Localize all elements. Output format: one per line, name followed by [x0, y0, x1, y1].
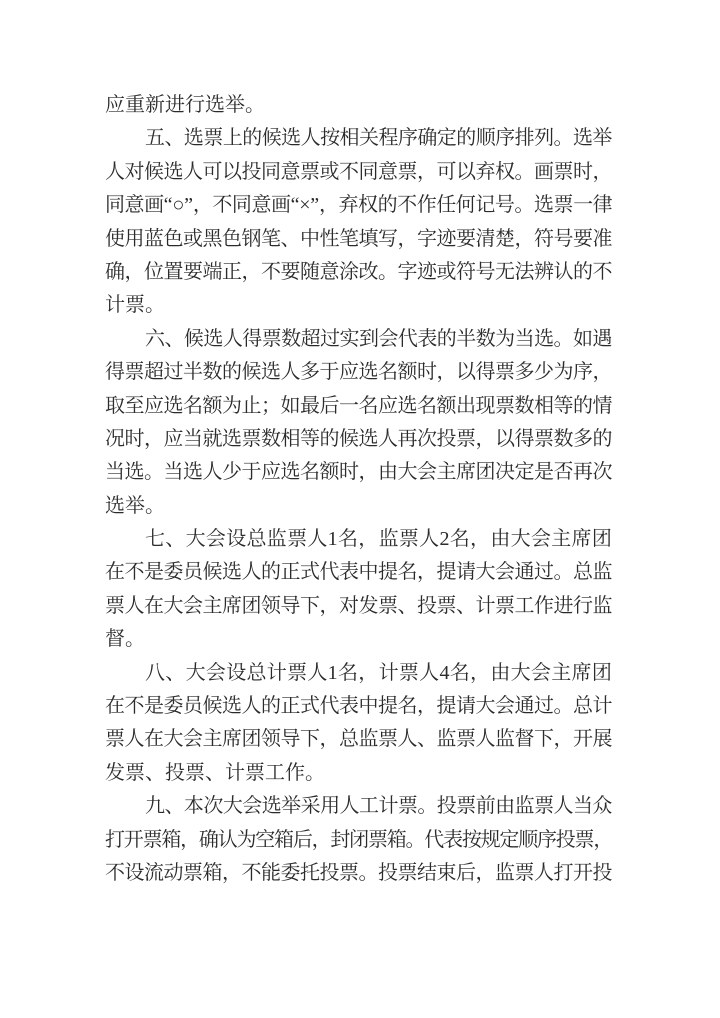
char: 要 — [456, 223, 476, 256]
char: 展 — [593, 723, 613, 756]
char: 随 — [300, 256, 320, 289]
char: 认 — [554, 256, 574, 289]
char: 名 — [417, 390, 437, 423]
char: 应 — [378, 390, 398, 423]
char: 候 — [203, 556, 223, 589]
text-line: 七、大会设总监票人1名，监票人2名，由大会主席团 — [105, 523, 612, 556]
char: 会 — [242, 790, 261, 823]
char: 人 — [378, 423, 398, 456]
char: 总 — [246, 657, 266, 690]
char: 得 — [242, 323, 261, 356]
char: 再 — [398, 423, 418, 456]
char: 选 — [534, 323, 553, 356]
char: 计 — [593, 690, 613, 723]
char: 使 — [105, 223, 125, 256]
char: 符 — [534, 223, 554, 256]
char: 投 — [437, 423, 457, 456]
char: 在 — [144, 590, 164, 623]
char: 表 — [443, 824, 462, 857]
char: 会 — [417, 456, 437, 489]
char: 为 — [495, 323, 514, 356]
char: 或 — [320, 156, 340, 189]
char: 序 — [537, 824, 556, 857]
char: 人 — [183, 156, 203, 189]
char: 名 — [450, 657, 470, 690]
char: 何 — [456, 189, 476, 222]
char: 以 — [456, 156, 476, 189]
char: 不 — [125, 556, 145, 589]
char: 认 — [218, 824, 237, 857]
char: 下 — [300, 590, 320, 623]
char: 由 — [495, 790, 514, 823]
char: 由 — [378, 456, 398, 489]
char: 选 — [222, 556, 242, 589]
char: 九 — [145, 790, 164, 823]
char: 代 — [424, 824, 443, 857]
char: 票 — [262, 323, 281, 356]
char: 为 — [222, 390, 242, 423]
char: 大 — [164, 590, 184, 623]
char: 提 — [378, 690, 398, 723]
char: ， — [470, 523, 490, 556]
char: 人 — [125, 590, 145, 623]
char: 总 — [573, 556, 593, 589]
char: 不 — [593, 256, 613, 289]
char: 票 — [534, 423, 554, 456]
char: 1 — [328, 657, 338, 690]
char: 字 — [417, 223, 437, 256]
char: 次 — [203, 790, 222, 823]
char: 监 — [495, 857, 515, 890]
char: 画 — [534, 156, 554, 189]
char: 取 — [105, 390, 125, 423]
char: 由 — [490, 657, 510, 690]
char: 票 — [287, 657, 307, 690]
char: 、 — [456, 590, 476, 623]
char: 票 — [554, 156, 574, 189]
char: 不 — [105, 857, 125, 890]
char: 票 — [515, 857, 535, 890]
char: 额 — [437, 390, 457, 423]
char: 式 — [300, 690, 320, 723]
char: 况 — [105, 423, 125, 456]
char: 人 — [476, 723, 496, 756]
char: 票 — [368, 824, 387, 857]
char: 半 — [456, 323, 475, 356]
char: 票 — [125, 356, 145, 389]
char: 、 — [145, 757, 165, 790]
char: 。 — [554, 690, 574, 723]
char: 发 — [359, 590, 379, 623]
char: 应 — [105, 89, 125, 122]
char: 大 — [186, 523, 206, 556]
char: 监 — [495, 723, 515, 756]
char: 候 — [339, 423, 359, 456]
char: 人 — [301, 122, 320, 155]
char: 选 — [222, 690, 242, 723]
char: 人 — [307, 523, 327, 556]
char: 对 — [125, 156, 145, 189]
char: 至 — [125, 390, 145, 423]
char: 票 — [287, 523, 307, 556]
char: 选 — [534, 189, 554, 222]
char: 封 — [330, 824, 349, 857]
char: 大 — [223, 790, 242, 823]
char: 迹 — [417, 256, 437, 289]
char: 监 — [515, 790, 534, 823]
char: 选 — [164, 156, 184, 189]
text-line: 应重新进行选举。 — [105, 89, 612, 122]
char: 。 — [125, 623, 145, 656]
char: 票 — [300, 156, 320, 189]
char: 人 — [281, 356, 301, 389]
char: ， — [593, 156, 613, 189]
char: 选 — [398, 390, 418, 423]
char: 。 — [359, 857, 379, 890]
char: 要 — [281, 256, 301, 289]
char: 的 — [222, 356, 242, 389]
char: 得 — [105, 356, 125, 389]
char: 箱 — [274, 824, 293, 857]
char: 。 — [554, 122, 573, 155]
char: 一 — [339, 390, 359, 423]
char: 不 — [339, 156, 359, 189]
char: ， — [242, 256, 262, 289]
char: 会 — [183, 590, 203, 623]
char: 名 — [183, 390, 203, 423]
char: ” — [184, 189, 193, 222]
char: 写 — [378, 223, 398, 256]
char: 票 — [495, 590, 515, 623]
char: 人 — [105, 156, 125, 189]
char: ， — [222, 857, 242, 890]
char: 的 — [378, 189, 398, 222]
char: 楚 — [495, 223, 515, 256]
char: 实 — [340, 323, 359, 356]
char: 再 — [573, 456, 593, 489]
char: 举 — [281, 790, 300, 823]
char: 在 — [105, 690, 125, 723]
char: 符 — [456, 256, 476, 289]
char: 选 — [262, 790, 281, 823]
char: 选 — [164, 390, 184, 423]
char: 七 — [145, 523, 165, 556]
char: 领 — [261, 723, 281, 756]
char: 意 — [125, 189, 145, 222]
char: 投 — [593, 857, 613, 890]
char: 是 — [144, 556, 164, 589]
char: 督 — [515, 723, 535, 756]
text-line: 发票、投票、计票工作。 — [105, 757, 612, 790]
char: 当 — [183, 423, 203, 456]
char: 举 — [225, 89, 245, 122]
char: 。 — [145, 289, 165, 322]
char: 代 — [320, 556, 340, 589]
char: 空 — [255, 824, 274, 857]
document-page: 应重新进行选举。五、选票上的候选人按相关程序确定的顺序排列。选举人对候选人可以投… — [0, 0, 720, 1018]
char: 到 — [359, 323, 378, 356]
char: ， — [319, 189, 339, 222]
char: 投 — [556, 824, 575, 857]
char: 少 — [534, 356, 554, 389]
char: 委 — [281, 857, 301, 890]
char: 表 — [417, 323, 436, 356]
char: 大 — [476, 556, 496, 589]
char: 按 — [462, 824, 481, 857]
char: 情 — [593, 390, 613, 423]
char: 额 — [320, 456, 340, 489]
char: 的 — [593, 423, 613, 456]
char: ， — [180, 824, 199, 857]
char: 领 — [261, 590, 281, 623]
char: 时 — [339, 456, 359, 489]
char: 票 — [378, 723, 398, 756]
char: 。 — [144, 456, 164, 489]
text-line: 况时，应当就选票数相等的候选人再次投票，以得票数多的 — [105, 423, 612, 456]
char: 迹 — [437, 223, 457, 256]
char: 次 — [417, 423, 437, 456]
char: 蓝 — [144, 223, 164, 256]
char: 计 — [378, 790, 397, 823]
char: 团 — [242, 590, 262, 623]
char: 钢 — [242, 223, 262, 256]
char: 、 — [398, 590, 418, 623]
char: 端 — [203, 256, 223, 289]
char: 。 — [378, 256, 398, 289]
char: 提 — [437, 556, 457, 589]
char: 票 — [203, 122, 222, 155]
char: 少 — [222, 456, 242, 489]
char: 进 — [165, 89, 185, 122]
char: 时 — [573, 156, 593, 189]
char: 同 — [261, 156, 281, 189]
char: 主 — [203, 590, 223, 623]
char: 记 — [475, 189, 495, 222]
char: 中 — [359, 556, 379, 589]
char: 新 — [145, 89, 165, 122]
char: 委 — [164, 690, 184, 723]
char: 闭 — [349, 824, 368, 857]
char: 席 — [456, 456, 476, 489]
char: 法 — [515, 256, 535, 289]
char: 席 — [572, 523, 592, 556]
char: 正 — [281, 690, 301, 723]
char: ， — [417, 556, 437, 589]
char: 选 — [261, 356, 281, 389]
char: 、 — [164, 122, 183, 155]
char: 定 — [437, 122, 456, 155]
char: 票 — [456, 790, 475, 823]
char: 票 — [143, 824, 162, 857]
char: 如 — [573, 323, 592, 356]
text-line: 计票。 — [105, 289, 612, 322]
char: 人 — [125, 723, 145, 756]
char: 号 — [554, 223, 574, 256]
char: 过 — [164, 356, 184, 389]
char: 多 — [515, 356, 535, 389]
char: 色 — [222, 223, 242, 256]
char: 选 — [205, 89, 225, 122]
char: 。 — [145, 490, 165, 523]
char: 人 — [242, 556, 262, 589]
text-line: 督。 — [105, 623, 612, 656]
char: 六 — [145, 323, 164, 356]
char: 、 — [205, 757, 225, 790]
char: 的 — [573, 390, 593, 423]
char: 票 — [399, 523, 419, 556]
char: 计 — [105, 289, 125, 322]
char: 名 — [359, 390, 379, 423]
char: 弃 — [339, 189, 359, 222]
text-line: 选举。 — [105, 490, 612, 523]
char: 投 — [165, 757, 185, 790]
char: 半 — [183, 356, 203, 389]
char: 名 — [398, 690, 418, 723]
char: 超 — [301, 323, 320, 356]
char: 工 — [515, 590, 535, 623]
char: 额 — [203, 390, 223, 423]
char: 总 — [339, 723, 359, 756]
char: 、 — [164, 323, 183, 356]
char: 选 — [183, 456, 203, 489]
char: 大 — [476, 690, 496, 723]
char: 大 — [164, 723, 184, 756]
char: 同 — [105, 189, 125, 222]
char: 上 — [223, 122, 242, 155]
char: 字 — [398, 256, 418, 289]
char: 等 — [300, 423, 320, 456]
char: 当 — [573, 790, 592, 823]
char: 票 — [398, 156, 418, 189]
char: 出 — [456, 390, 476, 423]
char: 位 — [144, 256, 164, 289]
char: 大 — [398, 456, 418, 489]
char: 设 — [125, 857, 145, 890]
text-line: 不设流动票箱，不能委托投票。投票结束后，监票人打开投 — [105, 857, 612, 890]
char: 下 — [300, 723, 320, 756]
char: 能 — [261, 857, 281, 890]
char: 行 — [185, 89, 205, 122]
char: ， — [593, 356, 613, 389]
char: 1 — [328, 523, 338, 556]
char: 于 — [320, 356, 340, 389]
char: 超 — [144, 356, 164, 389]
char: 通 — [515, 556, 535, 589]
char: × — [299, 189, 310, 222]
char: 票 — [456, 423, 476, 456]
char: ， — [144, 423, 164, 456]
char: 顺 — [518, 824, 537, 857]
char: 在 — [105, 556, 125, 589]
text-line: 同意画“○”，不同意画“×”，弃权的不作任何记号。选票一律 — [105, 189, 612, 222]
char: 列 — [534, 122, 553, 155]
char: 会 — [378, 323, 397, 356]
char: 前 — [476, 790, 495, 823]
char: 后 — [293, 824, 312, 857]
char: 监 — [379, 523, 399, 556]
char: 为 — [554, 356, 574, 389]
char: 。 — [554, 323, 573, 356]
char: 举 — [125, 490, 145, 523]
char: ， — [358, 523, 378, 556]
char: 选 — [125, 456, 145, 489]
char: 当 — [164, 456, 184, 489]
char: 不 — [397, 189, 417, 222]
char: 人 — [242, 690, 262, 723]
char: 箱 — [161, 824, 180, 857]
char: 选 — [281, 456, 301, 489]
char: 开 — [573, 723, 593, 756]
char: 当 — [105, 456, 125, 489]
char: 箱 — [387, 824, 406, 857]
char: 主 — [437, 456, 457, 489]
char: 人 — [223, 323, 242, 356]
char: 一 — [573, 189, 593, 222]
char: 画 — [144, 189, 164, 222]
char: 为 — [236, 824, 255, 857]
char: 的 — [261, 556, 281, 589]
char: 填 — [359, 223, 379, 256]
char: 作 — [285, 757, 305, 790]
char: 同 — [232, 189, 252, 222]
char: 监 — [593, 590, 613, 623]
char: 箱 — [203, 857, 223, 890]
char: 在 — [144, 723, 164, 756]
char: 中 — [300, 223, 320, 256]
char: 名 — [300, 456, 320, 489]
char: ， — [312, 824, 331, 857]
char: 的 — [320, 423, 340, 456]
char: 要 — [183, 256, 203, 289]
char: 投 — [242, 156, 262, 189]
char: 员 — [183, 556, 203, 589]
char: 票 — [437, 590, 457, 623]
char: 候 — [203, 690, 223, 723]
char: 候 — [262, 122, 281, 155]
char: 选 — [573, 122, 592, 155]
char: 笔 — [261, 223, 281, 256]
char: 当 — [515, 323, 534, 356]
char: ， — [320, 590, 340, 623]
char: 选 — [203, 323, 222, 356]
char: 序 — [573, 356, 593, 389]
char: 选 — [359, 356, 379, 389]
char: 委 — [164, 556, 184, 589]
char: 、 — [165, 523, 185, 556]
char: 可 — [437, 156, 457, 189]
char: 会 — [495, 556, 515, 589]
char: 表 — [339, 556, 359, 589]
char: 计 — [379, 657, 399, 690]
char: 意 — [378, 156, 398, 189]
char: 举 — [592, 122, 611, 155]
char: 作 — [417, 189, 437, 222]
text-line: 六、候选人得票数超过实到会代表的半数为当选。如遇 — [105, 323, 612, 356]
char: 决 — [495, 456, 515, 489]
char: 会 — [206, 523, 226, 556]
char: 动 — [164, 857, 184, 890]
char: 计 — [476, 590, 496, 623]
text-line: 在不是委员候选人的正式代表中提名，提请大会通过。总监 — [105, 556, 612, 589]
char: 人 — [203, 456, 223, 489]
char: 色 — [164, 223, 184, 256]
char: “ — [291, 189, 300, 222]
char: 就 — [203, 423, 223, 456]
char: 通 — [515, 690, 535, 723]
char: 人 — [340, 790, 359, 823]
char: 人 — [419, 657, 439, 690]
char: 遇 — [592, 323, 611, 356]
